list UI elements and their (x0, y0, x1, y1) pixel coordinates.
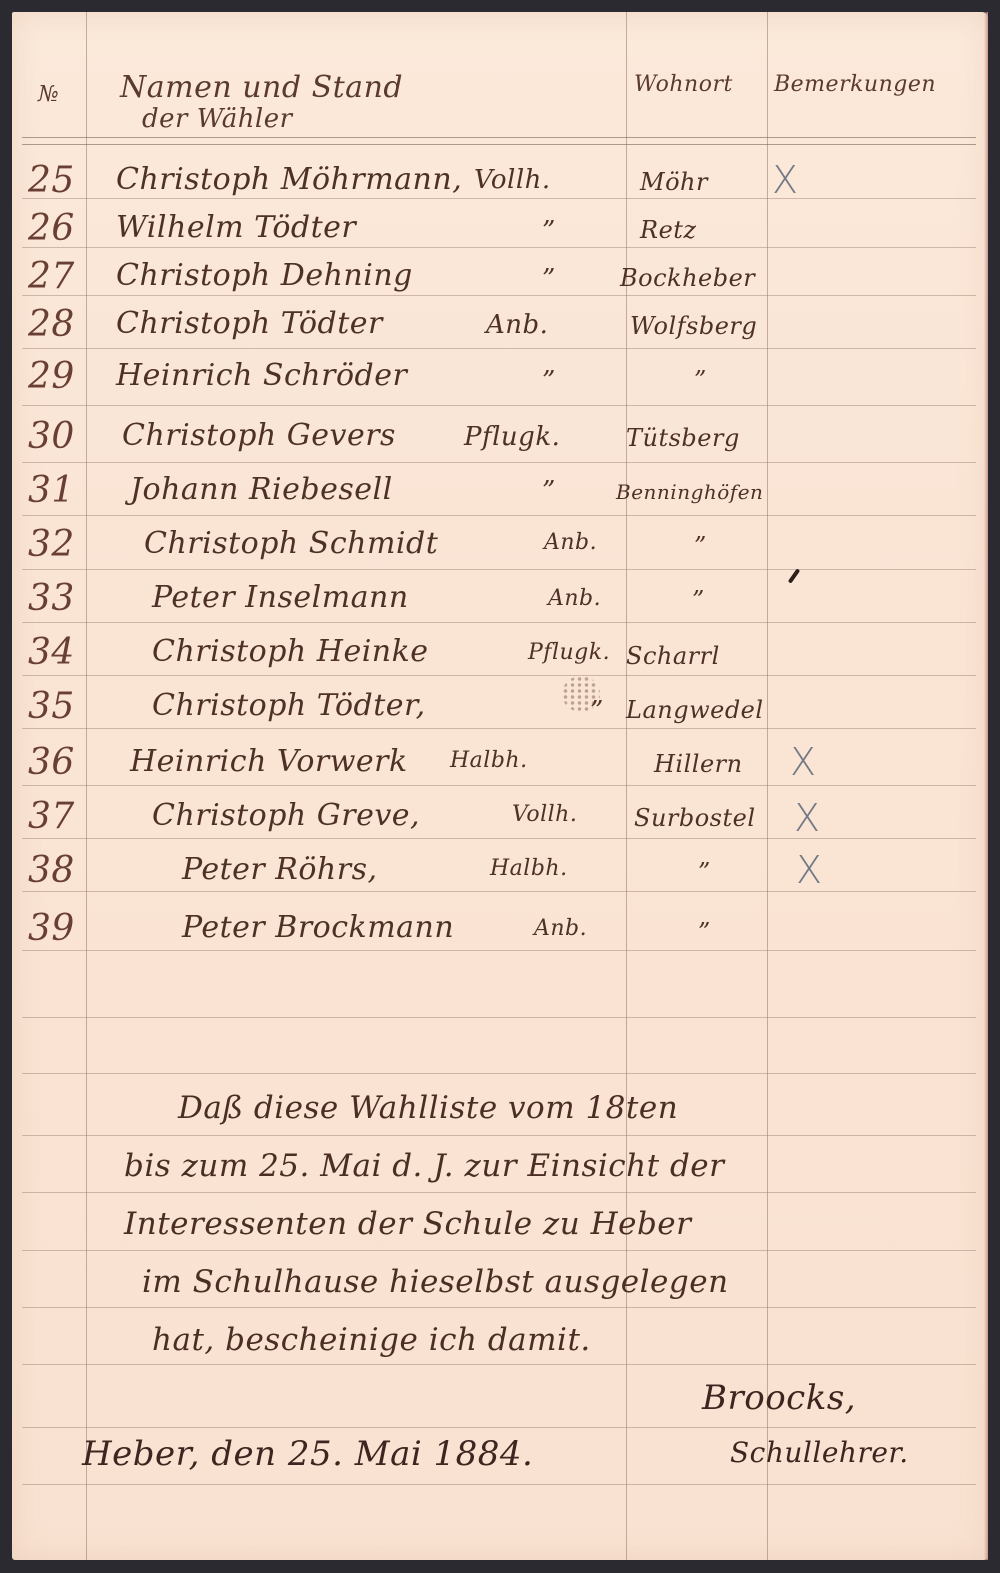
column-rule-remarks (767, 12, 768, 1560)
certification-line: bis zum 25. Mai d. J. zur Einsicht der (124, 1148, 724, 1184)
voter-name: Christoph Gevers (122, 418, 396, 453)
row-rule (22, 198, 976, 199)
voter-name: Christoph Schmidt (144, 526, 438, 561)
header-residence: Wohnort (634, 72, 733, 97)
row-rule (22, 295, 976, 296)
row-rule (22, 1017, 976, 1018)
voter-residence: ” (694, 366, 707, 394)
voter-residence: Benninghöfen (616, 480, 763, 504)
voter-stand: ” (542, 264, 556, 294)
voter-name: Christoph Tödter, (152, 688, 426, 723)
row-rule (22, 622, 976, 623)
voter-name: Peter Röhrs, (182, 852, 378, 887)
row-rule (22, 785, 976, 786)
signature: Broocks, (702, 1378, 856, 1418)
column-rule-residence (626, 12, 627, 1560)
place-and-date: Heber, den 25. Mai 1884. (82, 1434, 533, 1474)
header-rule-top (22, 137, 976, 138)
row-number: 29 (28, 356, 75, 397)
voter-stand: ” (542, 216, 556, 246)
voter-name: Christoph Greve, (152, 798, 420, 833)
voter-residence: ” (694, 532, 707, 560)
row-rule (22, 1250, 976, 1251)
remark-x-mark: X (772, 158, 798, 202)
voter-stand: Anb. (548, 586, 601, 611)
voter-residence: Retz (640, 216, 697, 244)
row-rule (22, 950, 976, 951)
row-number: 39 (28, 908, 75, 949)
row-rule (22, 569, 976, 570)
row-rule (22, 1484, 976, 1485)
header-rule-bottom (22, 144, 976, 145)
row-number: 25 (28, 160, 75, 201)
voter-residence: Bockheber (620, 264, 755, 292)
voter-name: Wilhelm Tödter (116, 210, 356, 245)
voter-name: Christoph Heinke (152, 634, 429, 669)
voter-residence: Tütsberg (626, 424, 740, 452)
voter-name: Christoph Tödter (116, 306, 383, 341)
row-rule (22, 838, 976, 839)
row-number: 32 (28, 524, 75, 565)
row-rule (22, 405, 976, 406)
voter-stand: Vollh. (512, 802, 577, 827)
row-rule (22, 348, 976, 349)
voter-name: Peter Brockmann (182, 910, 454, 945)
voter-residence: Hillern (654, 750, 743, 778)
row-number: 31 (28, 470, 75, 511)
row-number: 36 (28, 742, 75, 783)
header-number: № (38, 82, 59, 107)
certification-line: Interessenten der Schule zu Heber (124, 1206, 691, 1242)
remark-x-mark: X (794, 796, 820, 840)
certification-line: Daß diese Wahlliste vom 18ten (178, 1090, 678, 1126)
row-rule (22, 247, 976, 248)
header-remarks: Bemerkungen (774, 72, 936, 97)
voter-residence: ” (698, 918, 711, 946)
voter-stand: Pflugk. (528, 640, 610, 665)
row-number: 34 (28, 632, 75, 673)
row-number: 37 (28, 796, 75, 837)
row-rule (22, 1073, 976, 1074)
voter-name: Peter Inselmann (152, 580, 409, 615)
row-number: 38 (28, 850, 75, 891)
certification-line: hat, bescheinige ich damit. (152, 1322, 591, 1358)
row-number: 30 (28, 416, 75, 457)
voter-stand: ” (542, 476, 556, 506)
voter-name: Heinrich Schröder (116, 358, 407, 393)
row-number: 26 (28, 208, 75, 249)
voter-residence: ” (698, 858, 711, 886)
document-page: № Namen und Stand der Wähler Wohnort Bem… (12, 12, 988, 1560)
voter-stand: Halbh. (490, 856, 568, 881)
voter-stand: Anb. (534, 916, 587, 941)
row-rule (22, 1364, 976, 1365)
row-rule (22, 515, 976, 516)
row-rule (22, 1192, 976, 1193)
voter-name: Christoph Möhrmann, (116, 162, 462, 197)
voter-name: Christoph Dehning (116, 258, 413, 293)
row-rule (22, 462, 976, 463)
paper-edge (984, 12, 988, 1560)
remark-x-mark: X (790, 740, 816, 784)
voter-stand: Halbh. (450, 748, 528, 773)
row-rule (22, 1307, 976, 1308)
voter-residence: Surbostel (634, 804, 756, 832)
header-name-line2: der Wähler (142, 104, 293, 134)
voter-stand: Anb. (544, 530, 597, 555)
row-rule (22, 728, 976, 729)
voter-name: Heinrich Vorwerk (130, 744, 408, 779)
certification-line: im Schulhause hieselbst ausgelegen (142, 1264, 729, 1300)
voter-residence: Scharrl (626, 642, 720, 670)
voter-residence: Möhr (640, 168, 708, 196)
row-number: 33 (28, 578, 75, 619)
voter-stand: Pflugk. (464, 422, 560, 452)
voter-name: Johann Riebesell (130, 472, 393, 507)
row-number: 35 (28, 686, 75, 727)
header-name-line1: Namen und Stand (120, 70, 403, 105)
row-rule (22, 675, 976, 676)
ink-tick-mark (788, 568, 800, 583)
voter-stand: ” (542, 366, 556, 396)
row-rule (22, 1135, 976, 1136)
voter-residence: ” (692, 586, 705, 614)
remark-x-mark: X (796, 848, 822, 892)
row-rule (22, 891, 976, 892)
row-number: 28 (28, 304, 75, 345)
row-rule (22, 1427, 976, 1428)
voter-residence: Wolfsberg (630, 312, 757, 340)
voter-stand: Vollh. (474, 165, 551, 195)
row-number: 27 (28, 256, 75, 297)
column-rule-number (86, 12, 87, 1560)
voter-stand: ” (590, 696, 604, 726)
voter-stand: Anb. (486, 310, 548, 340)
voter-residence: Langwedel (626, 696, 764, 724)
signer-title: Schullehrer. (730, 1436, 909, 1469)
